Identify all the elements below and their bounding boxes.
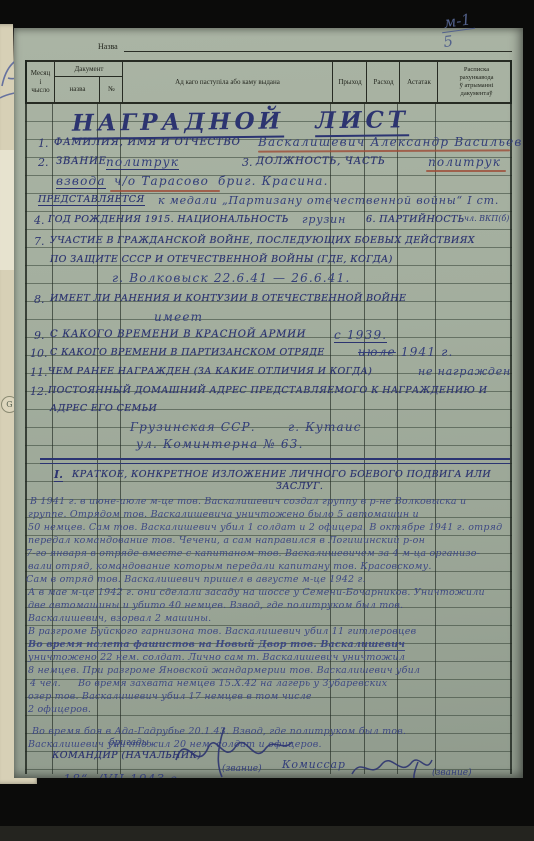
field-10-no: 10. xyxy=(30,347,48,360)
field-3-no: 3. xyxy=(242,156,253,169)
field-11-label: ЧЕМ РАНЕЕ НАГРАЖДЕН (ЗА КАКИЕ ОТЛИЧИЯ И … xyxy=(48,366,372,377)
date-rest: /VII 1943 г. xyxy=(98,772,183,778)
field-11-no: 11. xyxy=(30,366,48,379)
narrative-line: группе. Отрядом тов. Васкалишевича уничт… xyxy=(28,509,419,520)
present-rest: к медали „Партизану отечественной войны“… xyxy=(158,194,499,207)
col-doc-no: № xyxy=(99,76,123,102)
col-document: Дакумент xyxy=(54,62,123,77)
narrative-line: 7-го января в отряде вместе с капитаном … xyxy=(26,548,480,559)
scanned-document: G Назва Месяц і чысло Дакумент назва № А… xyxy=(0,0,534,841)
field-4-label: ГОД РОЖДЕНИЯ 1915. НАЦИОНАЛЬНОСТЬ xyxy=(48,214,289,225)
field-10-year: 1941 г. xyxy=(401,345,454,359)
date-day: „18“ xyxy=(56,772,88,778)
field-6-value: чл. ВКП(б) xyxy=(464,214,509,223)
narrative-line: две автомашины и убито 40 немцев. Взвод,… xyxy=(28,600,403,611)
col-income: Прыход xyxy=(332,62,367,102)
commissar-label: Комиссар xyxy=(282,758,346,771)
field-3-cont-1: взвода xyxy=(56,174,106,189)
corner-archive-mark: м-1 5 xyxy=(440,10,478,51)
ledger-header: Месяц і чысло Дакумент назва № Ад каго п… xyxy=(25,60,512,104)
col-month: Месяц і чысло xyxy=(27,62,54,102)
narrative-line: передал командование тов. Чечени, а сам … xyxy=(28,535,425,546)
award-title-word2: ЛИСТ xyxy=(315,106,409,137)
ledger-page: Назва Месяц і чысло Дакумент назва № Ад … xyxy=(14,28,523,778)
field-7-no: 7. xyxy=(34,235,45,248)
field-10-value: июле 1941 г. xyxy=(358,345,454,359)
narrative-line: В разгроме Буйского гарнизона тов. Васка… xyxy=(28,626,416,637)
brigade-word: бригады xyxy=(109,738,149,748)
narrative-line: 8 немцев. При разгроме Яновской жандарме… xyxy=(28,665,420,676)
narrative-line: Во время захвата немцев 15.X.42 на лагер… xyxy=(78,678,387,689)
field-12-value-republic: Грузинская ССР. xyxy=(130,420,256,434)
narrative-line: 2 офицеров. xyxy=(28,704,91,715)
field-7-value: г. Волковыск 22.6.41 — 26.6.41. xyxy=(112,271,350,285)
commissar-signature-icon xyxy=(348,750,434,778)
narrative-line: В 1941 г. в июне-июле м-це тов. Васкалиш… xyxy=(30,496,466,507)
field-6-label: 6. ПАРТИЙНОСТЬ xyxy=(366,214,465,225)
narrative-line: А в мае м-це 1942 г. они сделали засаду … xyxy=(28,587,485,598)
section1-heading-2: ЗАСЛУГ. xyxy=(276,481,323,492)
award-title: НАГРАДНОЙ ЛИСТ xyxy=(72,106,409,137)
present-word: ПРЕДСТАВЛЯЕТСЯ xyxy=(38,194,145,206)
section-divider xyxy=(40,458,510,464)
narrative-line-emphasized: Во время налета фашистов на Новый Двор т… xyxy=(28,639,405,651)
field-2-no: 2. xyxy=(38,156,49,169)
field-4-no: 4. xyxy=(34,214,45,227)
narrative-line: озер тов. Васкалишевич убил 17 немцев в … xyxy=(28,691,312,702)
field-8-value: имеет xyxy=(154,310,203,324)
field-12-no: 12. xyxy=(30,385,48,398)
section1-heading-1: КРАТКОЕ, КОНКРЕТНОЕ ИЗЛОЖЕНИЕ ЛИЧНОГО БО… xyxy=(72,469,491,480)
field-3-cont-2: ч/о Тарасово xyxy=(114,174,209,188)
red-underline xyxy=(426,170,506,172)
narrative-line: Васкалишевич, взорвал 2 машины. xyxy=(28,613,211,624)
narrative-line: 50 немцев. Сам тов. Васкалишевич убил 1 … xyxy=(28,522,502,533)
table-left-border xyxy=(25,60,27,774)
col-expense: Расход xyxy=(366,62,400,102)
section1-number: I. xyxy=(54,468,63,482)
zvanie-left: (звание) xyxy=(222,764,262,774)
field-7-label-2: ПО ЗАЩИТЕ СССР И ОТЕЧЕСТВЕННОЙ ВОЙНЫ (ГД… xyxy=(50,254,393,265)
narrative-line: уничтожено 22 нем. солдат. Лично сам т. … xyxy=(28,652,405,663)
field-12-label-1: ПОСТОЯННЫЙ ДОМАШНИЙ АДРЕС ПРЕДСТАВЛЯЕМОГ… xyxy=(48,385,487,396)
field-3-cont-3: бриг. Красина. xyxy=(218,174,329,188)
field-12-value-street: ул. Коминтерна № 63. xyxy=(136,437,304,451)
nazva-rule xyxy=(124,51,512,52)
field-8-label: ИМЕЕТ ЛИ РАНЕНИЯ И КОНТУЗИИ В ОТЕЧЕСТВЕН… xyxy=(50,293,406,304)
field-3-value: политрук xyxy=(428,155,501,169)
field-10-struck-word: июле xyxy=(358,345,396,359)
col-doc-name: назва xyxy=(54,76,100,102)
col-receipt: Расписка рахункавода ў атрыманні дакумен… xyxy=(437,62,515,102)
form-nazva-label: Назва xyxy=(98,42,118,51)
award-title-word1: НАГРАДНОЙ xyxy=(72,108,285,140)
field-9-label: С КАКОГО ВРЕМЕНИ В КРАСНОЙ АРМИИ xyxy=(50,329,306,340)
field-2-label: ЗВАНИЕ xyxy=(56,156,107,167)
field-9-value: с 1939. xyxy=(334,328,387,343)
field-9-no: 9. xyxy=(34,329,45,342)
field-12-value-city: г. Кутаис xyxy=(288,420,362,434)
field-1-label: ФАМИЛИЯ, ИМЯ И ОТЧЕСТВО xyxy=(54,137,241,148)
field-8-no: 8. xyxy=(34,293,45,306)
field-12-label-2: АДРЕС ЕГО СЕМЬИ xyxy=(50,403,157,414)
narrative-line: 4 чел. xyxy=(30,678,61,689)
field-11-value: не награжден xyxy=(418,365,511,378)
red-underline xyxy=(110,190,220,192)
field-1-value: Васкалишевич Александр Васильевич xyxy=(258,135,523,149)
col-from: Ад каго паступіла або каму выдана xyxy=(122,62,332,102)
zvanie-right: (звание) xyxy=(432,768,472,778)
col-balance: Астатак xyxy=(399,62,438,102)
field-7-label-1: УЧАСТИЕ В ГРАЖДАНСКОЙ ВОЙНЕ, ПОСЛЕДУЮЩИХ… xyxy=(50,235,475,246)
field-1-no: 1. xyxy=(38,137,49,150)
field-3-label: ДОЛЖНОСТЬ, ЧАСТЬ xyxy=(256,156,385,167)
narrative-line: Сам в отряд тов. Васкалишевич пришел в а… xyxy=(26,574,366,585)
margin-stamp-letter: G xyxy=(6,400,12,409)
scanner-edge xyxy=(0,826,534,841)
narrative-line: вали отряд, командование которым передал… xyxy=(28,561,432,572)
table-right-border xyxy=(510,60,512,774)
field-2-value: политрук xyxy=(106,155,179,170)
field-4-value: грузин xyxy=(302,213,346,226)
field-10-label: С КАКОГО ВРЕМЕНИ В ПАРТИЗАНСКОМ ОТРЯДЕ xyxy=(50,347,325,358)
